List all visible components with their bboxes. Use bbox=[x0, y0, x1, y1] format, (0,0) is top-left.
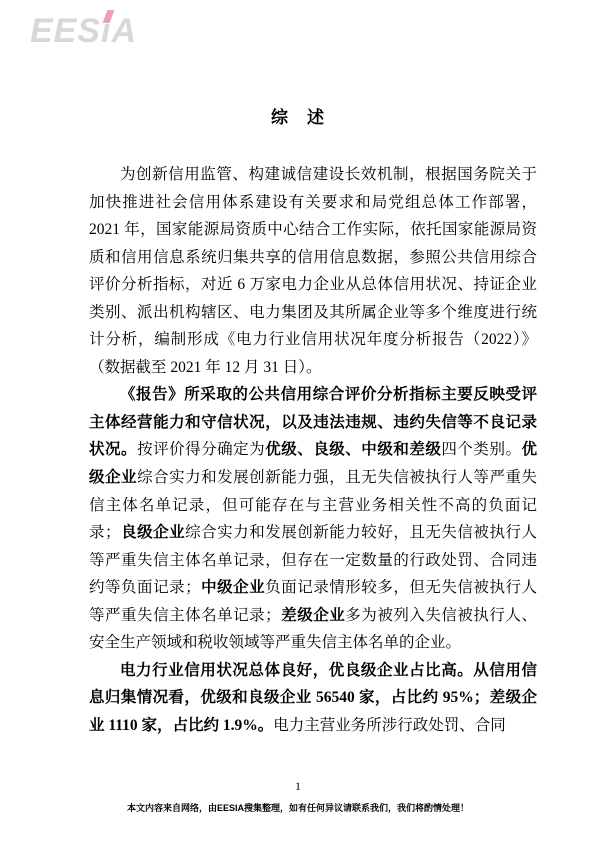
paragraph-statistics: 电力行业信用状况总体良好，优良级企业占比高。从信用信息归集情况看，优级和良级企业… bbox=[89, 657, 537, 740]
page-number: 1 bbox=[0, 779, 596, 794]
paragraph-rating-definitions: 《报告》所采取的公共信用综合评价分析指标主要反映受评主体经营能力和守信状况，以及… bbox=[89, 381, 537, 656]
page-title: 综 述 bbox=[0, 103, 596, 128]
text-run: 良级企业 bbox=[121, 524, 186, 541]
document-body: 为创新信用监管、构建诚信建设长效机制，根据国务院关于加快推进社会信用体系建设有关… bbox=[89, 161, 537, 739]
paragraph-intro: 为创新信用监管、构建诚信建设长效机制，根据国务院关于加快推进社会信用体系建设有关… bbox=[89, 161, 537, 381]
text-run: 优级、良级、中级和差级 bbox=[265, 441, 441, 458]
logo-text-left: EES bbox=[30, 12, 101, 50]
eesia-logo: EESiA bbox=[30, 12, 137, 50]
text-run: 四个类别。 bbox=[441, 441, 521, 458]
text-run: 中级企业 bbox=[201, 579, 266, 596]
logo-letter-i: i bbox=[101, 12, 111, 50]
text-run: 按评价得分确定为 bbox=[137, 441, 265, 458]
text-run: 差级企业 bbox=[281, 607, 346, 624]
logo-text-right: A bbox=[112, 12, 138, 50]
text-run: 为创新信用监管、构建诚信建设长效机制，根据国务院关于加快推进社会信用体系建设有关… bbox=[89, 166, 537, 376]
footer-disclaimer: 本文内容来自网络，由EESIA搜集整理，如有任何异议请联系我们，我们将酌情处理！ bbox=[0, 801, 596, 814]
text-run: 电力主营业务所涉行政处罚、合同 bbox=[273, 717, 506, 734]
document-page: EESiA 综 述 为创新信用监管、构建诚信建设长效机制，根据国务院关于加快推进… bbox=[0, 0, 596, 842]
